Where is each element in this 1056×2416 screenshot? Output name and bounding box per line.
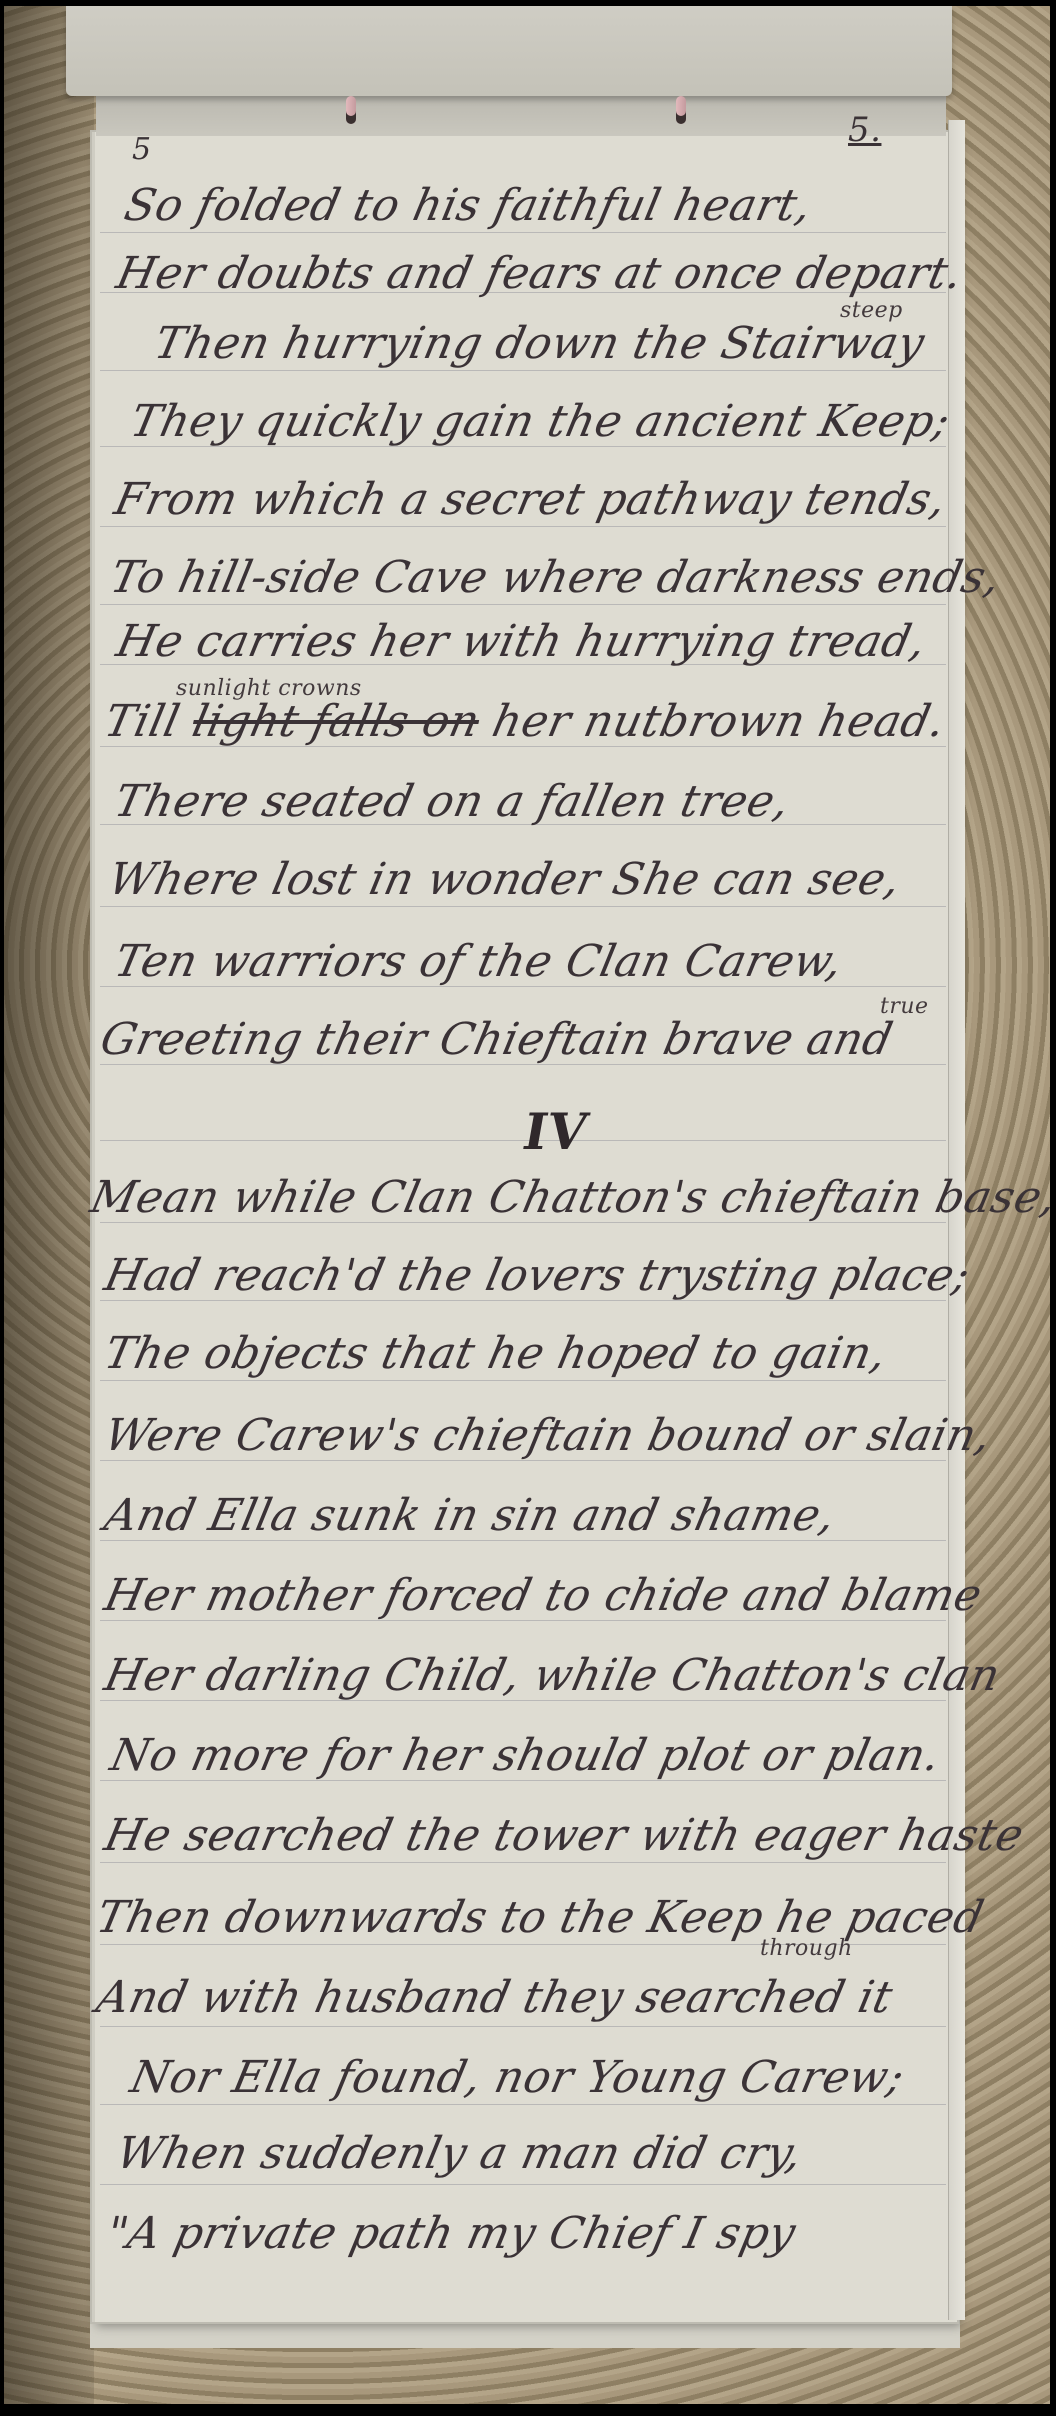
pad-binding-strip [96,92,946,136]
folded-page-flap [66,6,952,96]
verse-text: her nutbrown head. [488,696,950,747]
verse-line: From which a secret pathway tends, [110,474,951,525]
verse-line: Her darling Child, while Chatton's clan [100,1650,1005,1701]
verse-line: Were Carew's chieftain bound or slain, [100,1410,996,1461]
verse-line: He searched the tower with eager haste [100,1810,1028,1861]
verse-line: Then downwards to the Keep he paced [92,1892,988,1943]
ruled-line [100,2026,946,2027]
verse-line: Had reach'd the lovers trysting place; [100,1250,975,1301]
page-number-left: 5 [132,132,152,167]
ruled-line [100,2104,946,2105]
verse-line: And Ella sunk in sin and shame, [100,1490,840,1541]
ruled-line [100,232,946,233]
ruled-line [100,906,946,907]
verse-line: When suddenly a man did cry, [112,2128,807,2179]
ruled-line [100,1862,946,1863]
verse-line: Ten warriors of the Clan Carew, [110,936,847,987]
ruled-line [100,604,946,605]
verse-line: To hill-side Cave where darkness ends, [106,552,1005,603]
verse-line: "A private path my Chief I spy [102,2208,800,2259]
verse-line: Her mother forced to chide and blame [100,1570,987,1621]
ruled-line [100,2184,946,2185]
verse-line: Where lost in wonder She can see, [104,854,905,905]
staple-right [676,96,686,124]
verse-line: Then hurrying down the Stairway [150,318,929,369]
page-number-right: 5. [848,110,881,150]
section-heading-numeral: IV [519,1102,593,1161]
verse-line: There seated on a fallen tree, [110,776,794,827]
verse-text: Till [100,696,184,747]
verse-line: So folded to his faithful heart, [120,180,816,231]
verse-line: Nor Ella found, nor Young Carew; [126,2052,909,2103]
verse-line: Her doubts and fears at once depart. [112,248,967,299]
staple-left [346,96,356,124]
ruled-line [100,1380,946,1381]
verse-line: The objects that he hoped to gain, [100,1328,891,1379]
insertion-note: through [760,1936,853,1961]
verse-line: Mean while Clan Chatton's chieftain base… [86,1172,1056,1223]
struck-text: light falls on [188,696,484,747]
carpet-shadow [4,6,94,2404]
verse-line: Till light falls on her nutbrown head. [100,696,950,747]
verse-line: No more for her should plot or plan. [106,1730,945,1781]
verse-line: They quickly gain the ancient Keep; [126,396,955,447]
verse-line: Greeting their Chieftain brave and [96,1014,897,1065]
verse-line: He carries her with hurrying tread, [112,616,931,667]
ruled-line [100,526,946,527]
verse-line: And with husband they searched it [92,1972,897,2023]
ruled-line [100,370,946,371]
